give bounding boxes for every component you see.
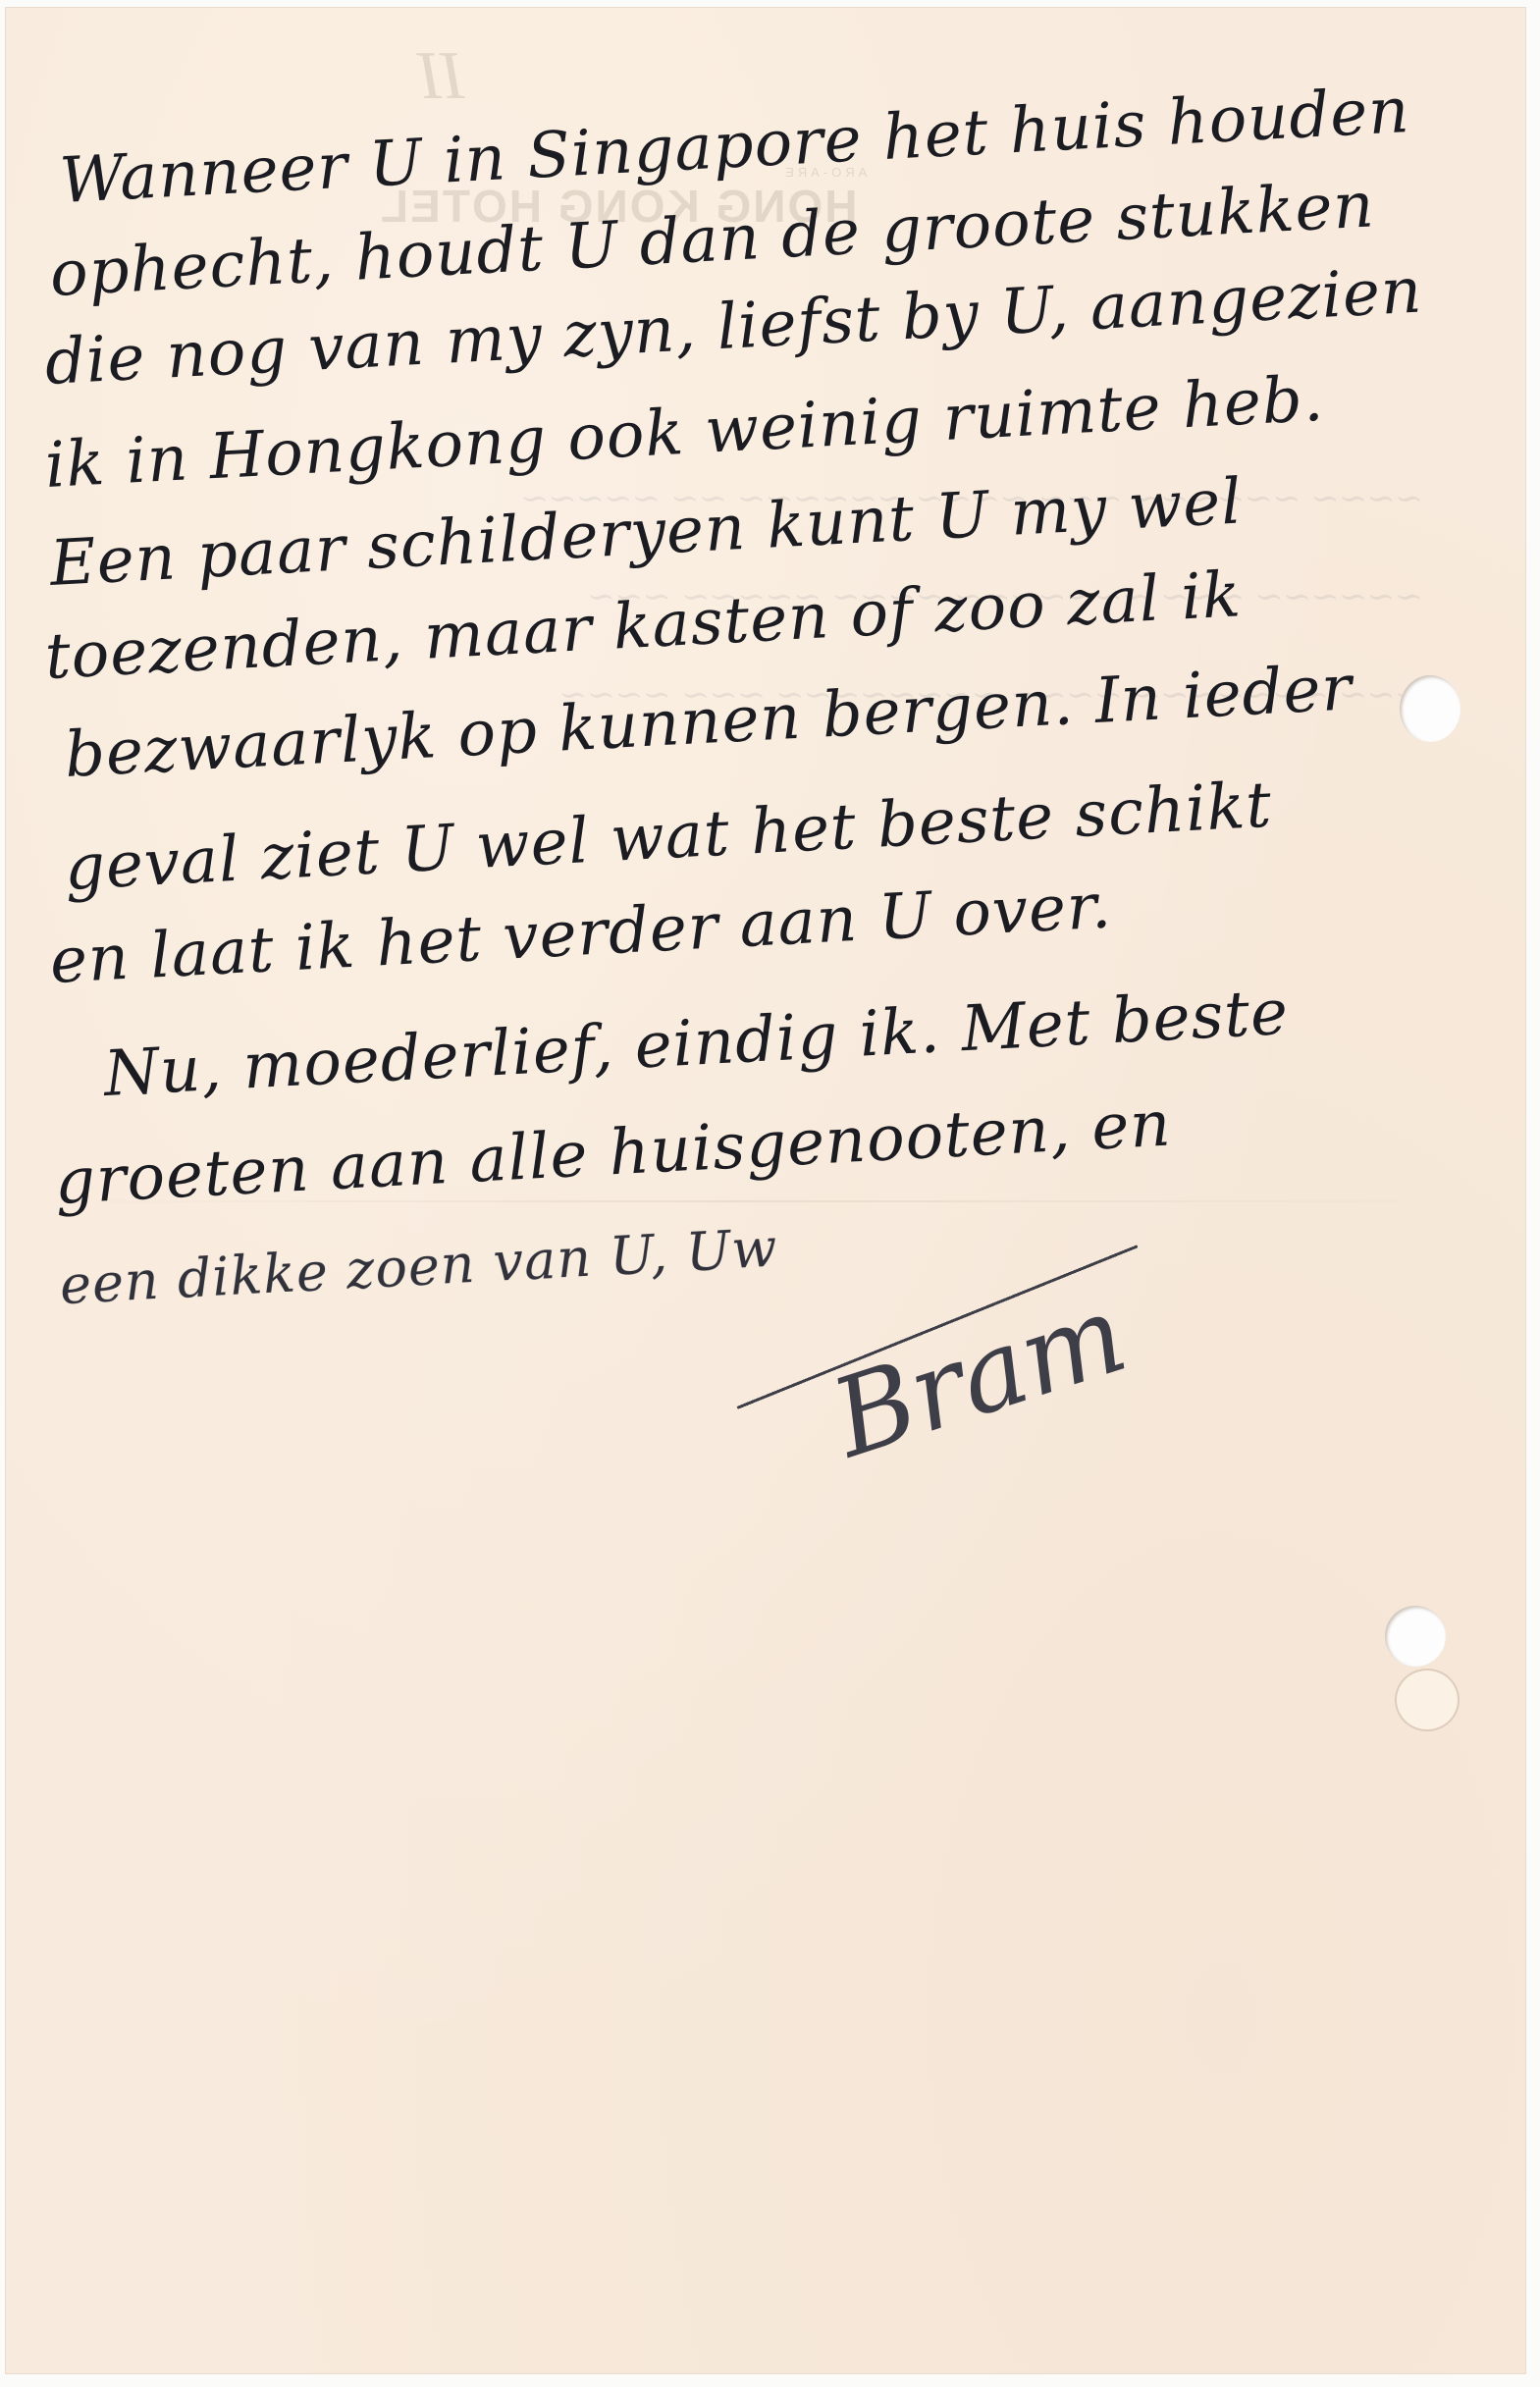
punch-hole-lower	[1385, 1606, 1446, 1667]
letter-line: een dikke zoen van U, Uw	[58, 1217, 779, 1316]
signature: Bram	[819, 1270, 1141, 1481]
letter-page: II ARO-ARE HONG KONG HOTEL ~~~~ ~~~~~~ ~…	[6, 8, 1525, 2373]
punch-hole-upper	[1400, 675, 1460, 742]
punch-hole-emboss	[1395, 1669, 1460, 1731]
page-marker: II	[419, 37, 465, 116]
letter-line: groeten aan alle huisgenooten, en	[53, 1087, 1173, 1218]
